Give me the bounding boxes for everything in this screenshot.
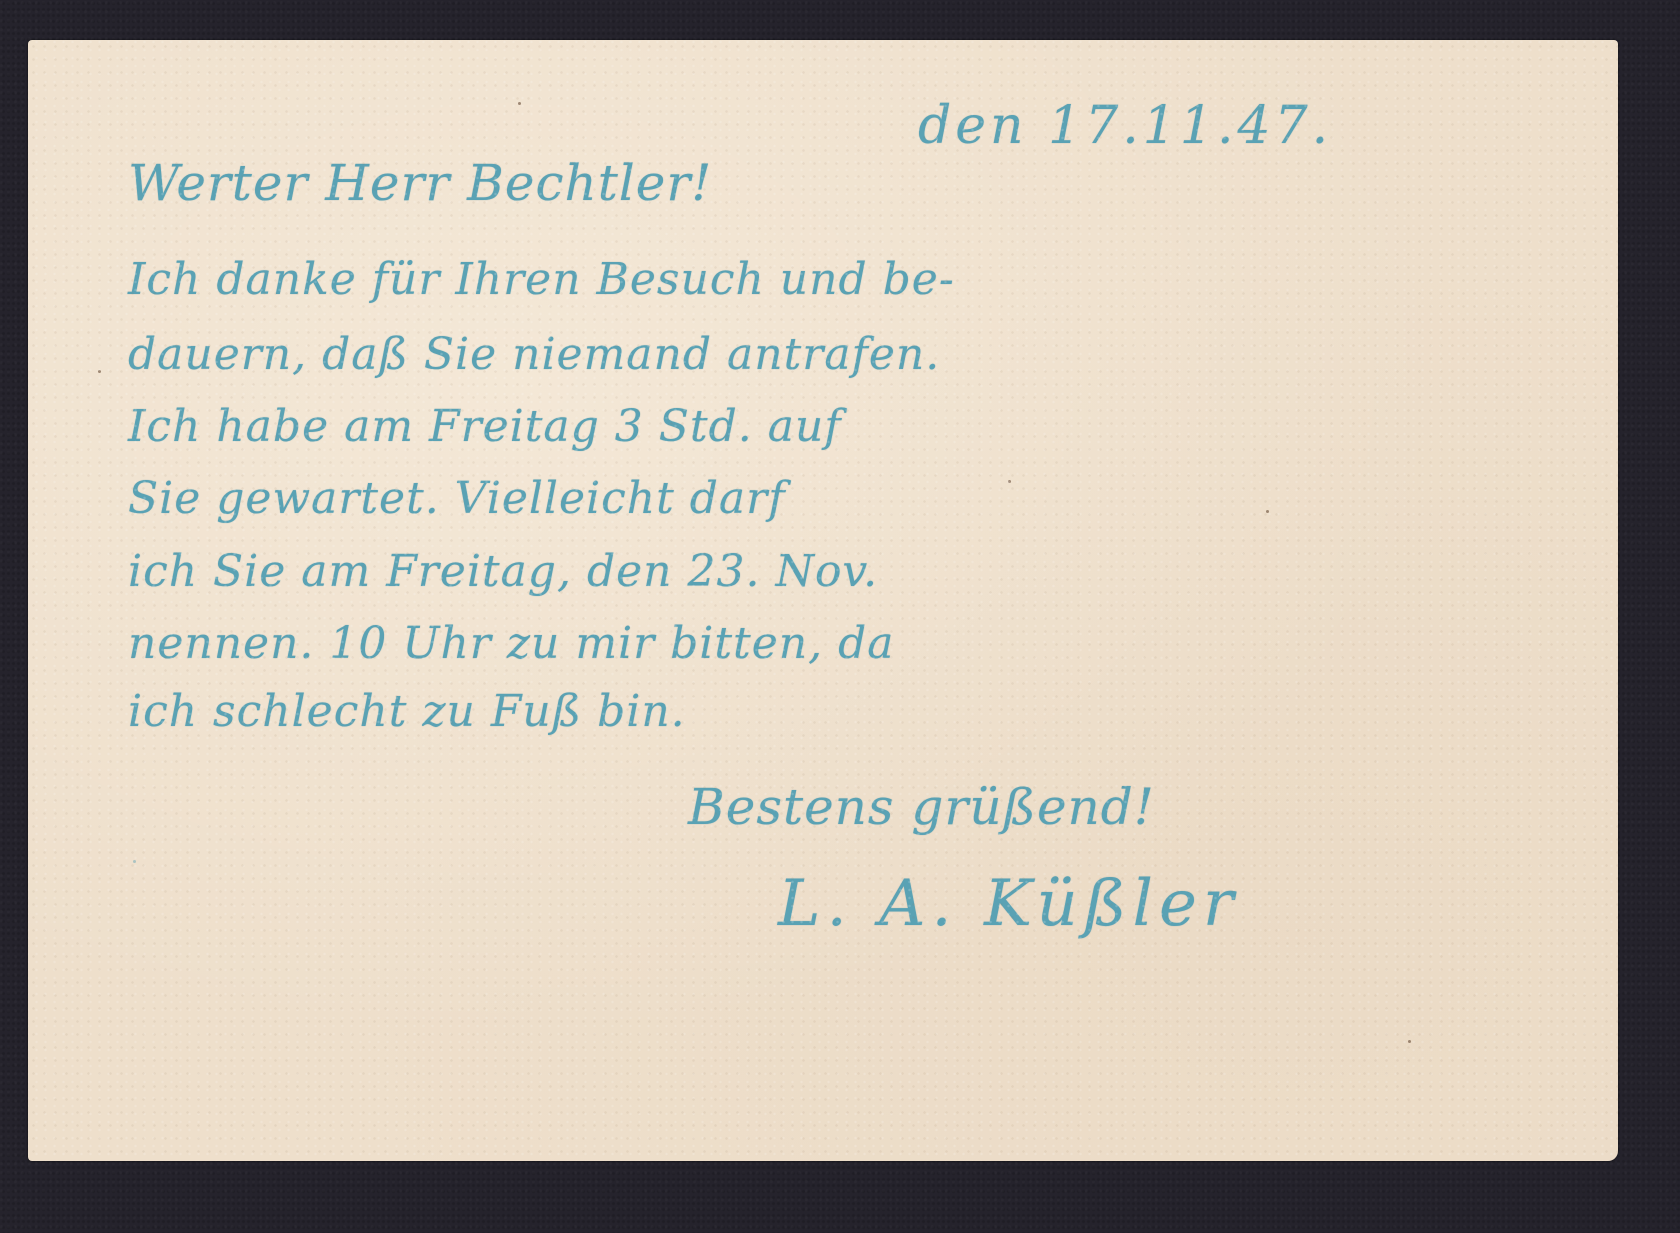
body-line-1: Ich danke für Ihren Besuch und be- bbox=[128, 258, 955, 302]
body-line-6: nennen. 10 Uhr zu mir bitten, da bbox=[128, 622, 895, 666]
body-line-4: Sie gewartet. Vielleicht darf bbox=[128, 477, 785, 521]
body-line-3: Ich habe am Freitag 3 Std. auf bbox=[128, 405, 842, 449]
postcard: den 17.11.47. Werter Herr Bechtler! Ich … bbox=[28, 40, 1618, 1161]
letter-date: den 17.11.47. bbox=[918, 100, 1332, 152]
body-line-5: ich Sie am Freitag, den 23. Nov. bbox=[128, 550, 878, 594]
salutation: Werter Herr Bechtler! bbox=[128, 158, 712, 208]
closing: Bestens grüßend! bbox=[688, 782, 1155, 832]
signature: L. A. Küßler bbox=[778, 872, 1239, 936]
body-line-2: dauern, daß Sie niemand antrafen. bbox=[128, 333, 940, 377]
body-line-7: ich schlecht zu Fuß bin. bbox=[128, 690, 686, 734]
